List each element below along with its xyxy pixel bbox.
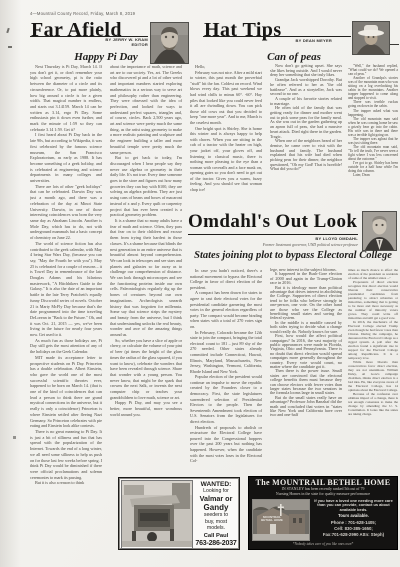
bethel-content-row: MOUNTRAIL BETHEL HOME If you have a love… xyxy=(252,499,394,541)
peas-column-1: Hello,February was not nice. After a mil… xyxy=(190,64,262,210)
peas-column-2: Now don't go getting upset. She says she… xyxy=(270,64,342,210)
omdahl-column-1: In case you hadn't noticed, there's a na… xyxy=(190,268,262,472)
bethel-building-photo: MOUNTRAIL BETHEL HOME xyxy=(252,499,310,541)
bethel-ad-text: If you have a loved one needing more car… xyxy=(310,499,394,541)
meyer-portrait-graphic xyxy=(353,22,389,54)
pi-day-column-1: Next Thursday is Pi Day, March 14. If yo… xyxy=(30,64,102,546)
hat-tips-rule-end xyxy=(390,44,399,45)
bethel-title: The MOUNTRAIL BETHEL HOME xyxy=(252,479,394,487)
bethel-cell: Cell: 830-385-1650; xyxy=(313,526,394,532)
bethel-body-text: If you have a loved one needing more car… xyxy=(313,499,394,513)
hat-tips-byline: BY DEAN MEYER xyxy=(240,39,332,43)
bethel-fax: Fax:701-628-2990 Attn: Steph) xyxy=(313,532,394,538)
omdahl-subbyline: Former lieutenant governor, UND politica… xyxy=(218,243,358,247)
wanted-call-paul: Call Paul xyxy=(195,533,237,540)
scan-artifact xyxy=(8,46,12,48)
happy-pi-day-title: Happy Pi Day xyxy=(30,52,182,63)
wanted-phone: 763-286-2037 xyxy=(195,540,237,547)
omdahl-photo xyxy=(362,211,397,251)
meyer-photo xyxy=(352,21,390,55)
omdahl-column-2: lege, new interest in the subject blooms… xyxy=(270,268,342,472)
electoral-college-title: States joining plot to bypass Electoral … xyxy=(188,251,398,262)
seeder-photo xyxy=(121,480,193,549)
peas-column-3: "Well," the husband replied, "What could… xyxy=(348,64,398,210)
bethel-phone: Phone : 701-628-1405; xyxy=(313,520,394,526)
bethel-tours: Tours available. xyxy=(313,513,394,518)
omdahl-headline: Omdahl's Out Look xyxy=(188,212,357,231)
bethel-home-ad: The MOUNTRAIL BETHEL HOME IN STANLEY has… xyxy=(248,476,398,550)
page-header: 4—Mountrail County Record, Friday, March… xyxy=(30,11,135,16)
newspaper-page: 4—Mountrail County Record, Friday, March… xyxy=(0,0,400,567)
omdahl-portrait-graphic xyxy=(363,212,396,250)
scan-artifact xyxy=(13,436,16,439)
can-of-peas-title: Can of peas xyxy=(190,52,398,63)
scan-left-shadow xyxy=(0,0,26,567)
bethel-subtitle-2: Nursing Homes in the state for quality m… xyxy=(252,492,394,497)
omdahl-byline: BY LLOYD OMDAHL xyxy=(258,237,358,241)
far-afield-byline-title: EDITOR xyxy=(60,43,148,47)
wanted-ad-text: WANTED: Looking for Valmar or Gandy seed… xyxy=(193,480,237,547)
pi-day-column-2: about the importance of math, science an… xyxy=(110,64,182,472)
wanted-ad: WANTED: Looking for Valmar or Gandy seed… xyxy=(118,477,240,550)
bethel-footnote: *Nobody takes care of you like ones own* xyxy=(252,542,394,546)
wanted-line: models. xyxy=(195,526,237,532)
bethel-photo-sign: MOUNTRAIL BETHEL HOME xyxy=(259,516,285,523)
omdahl-column-3: times as much chance to affect the elect… xyxy=(348,268,398,472)
